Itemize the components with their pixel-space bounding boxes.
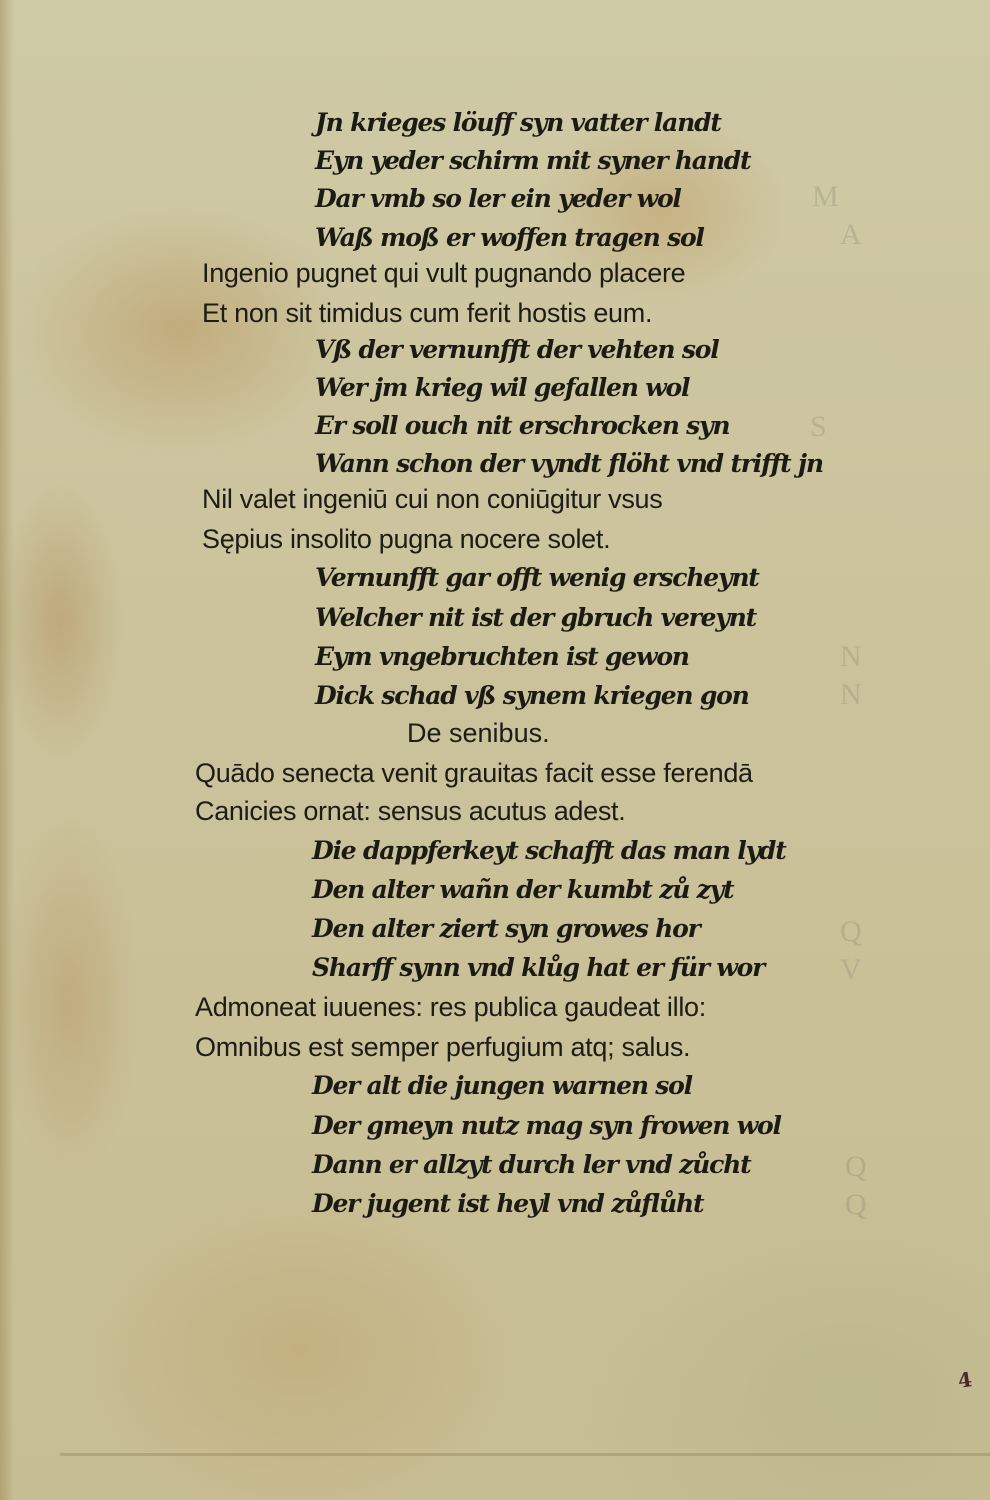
verse-line-latin: Canicies ornat: sensus acutus adest. [195,798,625,825]
bleed-through-text: N [840,678,862,712]
verse-line-german: Den alter wañn der kumbt zů zyt [312,877,733,902]
verse-line-german: Der alt die jungen warnen sol [312,1073,692,1098]
page-edge-shadow [0,0,14,1500]
verse-line-german: Welcher nit ist der gbruch vereynt [315,605,756,630]
verse-line-german: Er soll ouch nit erschrocken syn [315,413,729,438]
bleed-through-text: A [840,218,862,252]
verse-line-german: Die dappferkeyt schafft das man lydt [312,838,786,863]
verse-line-latin: Nil valet ingeniū cui non coniūgitur vsu… [202,486,662,513]
verse-line-german: Dann er allzyt durch ler vnd zůcht [312,1152,751,1177]
verse-line-german: Wer jm krieg wil gefallen wol [315,375,689,400]
bleed-through-text: M [812,180,839,214]
verse-line-german: Vß der vernunfft der vehten sol [315,337,719,362]
handwritten-page-mark: 4 [956,1367,973,1393]
verse-line-german: Der gmeyn nutz mag syn frowen wol [312,1113,781,1138]
page-fold-line [60,1453,990,1456]
verse-line-german: Sharff synn vnd klůg hat er für wor [312,955,764,980]
verse-line-german: Dick schad vß synem kriegen gon [315,683,749,708]
page-scan: M A S N N Q V Q Q Jn krieges löuff syn v… [0,0,990,1500]
verse-line-latin: Omnibus est semper perfugium atq; salus. [195,1034,690,1061]
bleed-through-text: N [840,640,862,674]
section-heading: De senibus. [407,720,550,747]
verse-line-german: Wann schon der vyndt flöht vnd trifft jn [315,451,823,476]
verse-line-german: Den alter ziert syn growes hor [312,916,700,941]
bleed-through-text: V [840,953,862,987]
verse-line-latin: Ingenio pugnet qui vult pugnando placere [202,260,685,287]
verse-line-latin: Sępius insolito pugna nocere solet. [202,526,610,553]
verse-line-latin: Quādo senecta venit grauitas facit esse … [195,760,753,787]
verse-line-latin: Et non sit timidus cum ferit hostis eum. [202,300,652,327]
bleed-through-text: Q [845,1188,867,1222]
verse-line-german: Eyn yeder schirm mit syner handt [315,148,750,173]
verse-line-german: Dar vmb so ler ein yeder wol [315,186,681,211]
bleed-through-text: Q [840,915,862,949]
verse-line-german: Waß moß er woffen tragen sol [315,225,704,250]
verse-line-german: Jn krieges löuff syn vatter landt [315,110,721,135]
verse-line-latin: Admoneat iuuenes: res publica gaudeat il… [195,994,706,1021]
verse-line-german: Der jugent ist heyl vnd zůflůht [312,1191,703,1216]
bleed-through-text: Q [845,1150,867,1184]
verse-line-german: Eym vngebruchten ist gewon [315,644,689,669]
bleed-through-text: S [810,410,827,444]
verse-line-german: Vernunfft gar offt wenig erscheynt [315,565,759,590]
